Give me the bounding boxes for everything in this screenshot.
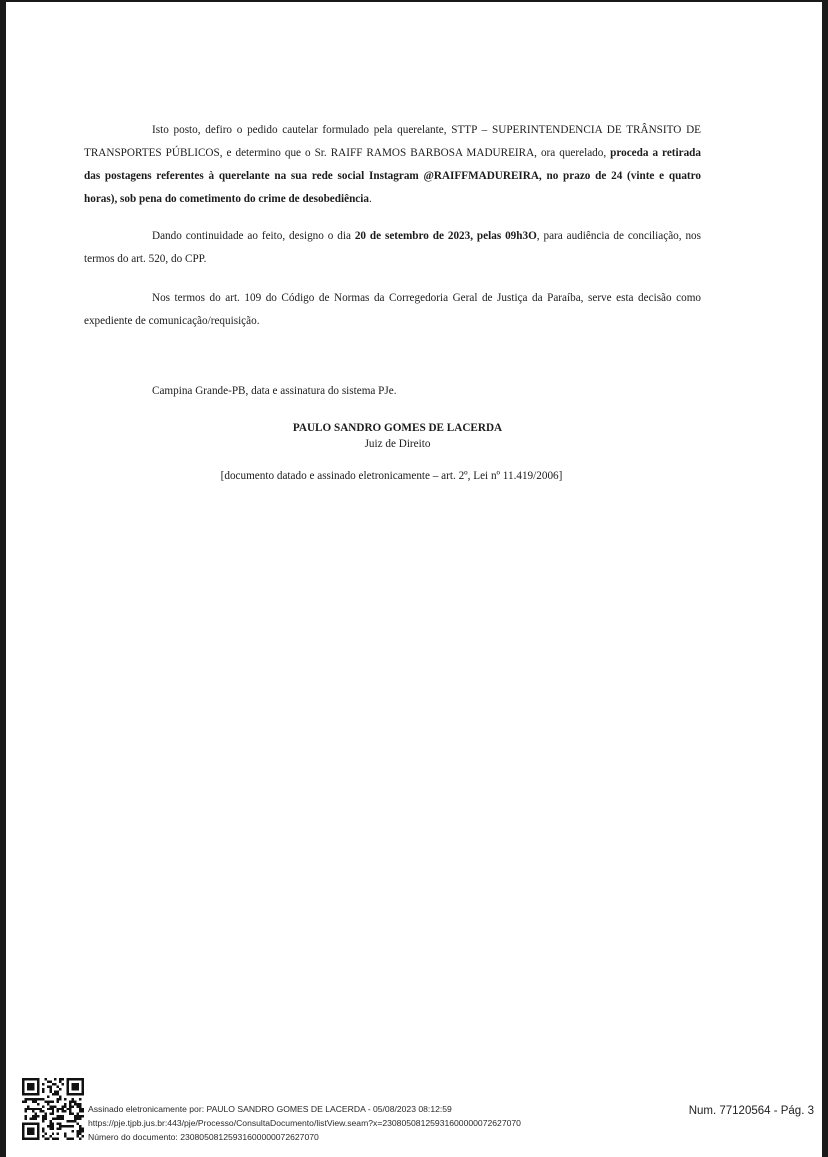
document-number: Número do documento: 2308050812593160000… bbox=[88, 1130, 521, 1144]
verification-url[interactable]: https://pje.tjpb.jus.br:443/pje/Processo… bbox=[88, 1116, 521, 1130]
qr-code-icon bbox=[22, 1077, 84, 1141]
document-page: Isto posto, defiro o pedido cautelar for… bbox=[6, 2, 822, 1157]
paragraph-injunction: Isto posto, defiro o pedido cautelar for… bbox=[84, 119, 701, 211]
signature-note: [documento datado e assinado eletronicam… bbox=[6, 465, 777, 488]
page-number: Num. 77120564 - Pág. 3 bbox=[689, 1105, 814, 1117]
paragraph-communication: Nos termos do art. 109 do Código de Norm… bbox=[84, 287, 701, 333]
place-date: Campina Grande-PB, data e assinatura do … bbox=[152, 380, 397, 403]
signature-info: Assinado eletronicamente por: PAULO SAND… bbox=[88, 1102, 521, 1144]
paragraph-hearing: Dando continuidade ao feito, designo o d… bbox=[84, 225, 701, 271]
signed-by-line: Assinado eletronicamente por: PAULO SAND… bbox=[88, 1102, 521, 1116]
signer-role: Juiz de Direito bbox=[6, 433, 789, 456]
